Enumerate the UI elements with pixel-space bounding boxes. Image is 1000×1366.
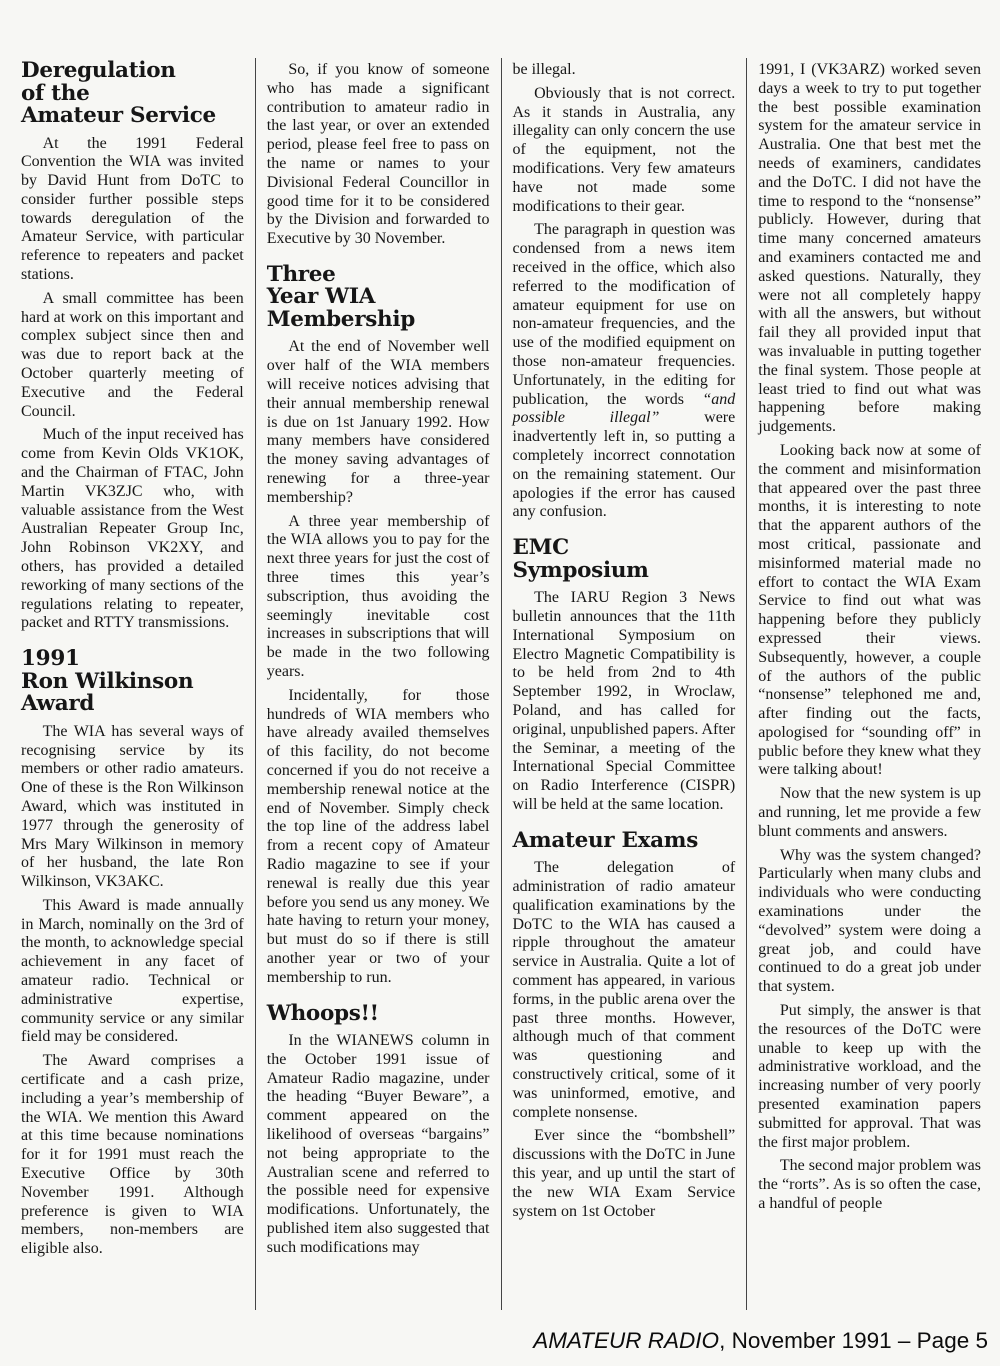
paragraph: 1991, I (VK3ARZ) worked seven days a wee… (758, 61, 981, 437)
paragraph: Put simply, the answer is that the resou… (758, 1002, 981, 1152)
magazine-page: Deregulation of the Amateur ServiceAt th… (0, 0, 1000, 1366)
column-1: Deregulation of the Amateur ServiceAt th… (10, 58, 255, 1310)
section-heading: Three Year WIA Membership (267, 264, 490, 332)
paragraph: In the WIANEWS column in the October 199… (267, 1032, 490, 1258)
paragraph: The Award comprises a certificate and a … (21, 1052, 244, 1259)
paragraph: Looking back now at some of the comment … (758, 442, 981, 780)
paragraph: Ever since the “bombshell” discussions w… (513, 1127, 736, 1221)
section-heading: Deregulation of the Amateur Service (21, 60, 244, 128)
paragraph: A three year membership of the WIA allow… (267, 513, 490, 682)
section-heading: Amateur Exams (513, 830, 736, 853)
paragraph: be illegal. (513, 61, 736, 80)
page-footer: AMATEUR RADIO, November 1991 – Page 5 (533, 1328, 988, 1354)
paragraph: Now that the new system is up and runnin… (758, 785, 981, 841)
magazine-title: AMATEUR RADIO (533, 1328, 719, 1353)
paragraph: Much of the input received has come from… (21, 426, 244, 633)
column-4: 1991, I (VK3ARZ) worked seven days a wee… (746, 58, 992, 1310)
paragraph: The second major problem was the “rorts”… (758, 1157, 981, 1213)
paragraph: The WIA has several ways of recognising … (21, 723, 244, 892)
paragraph: Obviously that is not correct. As it sta… (513, 85, 736, 217)
paragraph: The paragraph in question was condensed … (513, 221, 736, 522)
footer-issue-text: , November 1991 – Page 5 (719, 1328, 988, 1353)
column-3: be illegal.Obviously that is not correct… (501, 58, 747, 1310)
paragraph: The delegation of administration of radi… (513, 859, 736, 1122)
section-heading: Whoops!! (267, 1003, 490, 1026)
paragraph: So, if you know of someone who has made … (267, 61, 490, 249)
paragraph: At the end of November well over half of… (267, 338, 490, 507)
paragraph: At the 1991 Federal Convention the WIA w… (21, 135, 244, 285)
paragraph: The IARU Region 3 News bulletin announce… (513, 589, 736, 815)
paragraph: This Award is made annually in March, no… (21, 897, 244, 1047)
section-heading: EMC Symposium (513, 537, 736, 582)
paragraph: A small committee has been hard at work … (21, 290, 244, 422)
paragraph: Incidentally, for those hundreds of WIA … (267, 687, 490, 988)
column-2: So, if you know of someone who has made … (255, 58, 501, 1310)
article-columns: Deregulation of the Amateur ServiceAt th… (10, 58, 992, 1310)
paragraph: Why was the system changed? Particularly… (758, 847, 981, 997)
section-heading: 1991 Ron Wilkinson Award (21, 648, 244, 716)
